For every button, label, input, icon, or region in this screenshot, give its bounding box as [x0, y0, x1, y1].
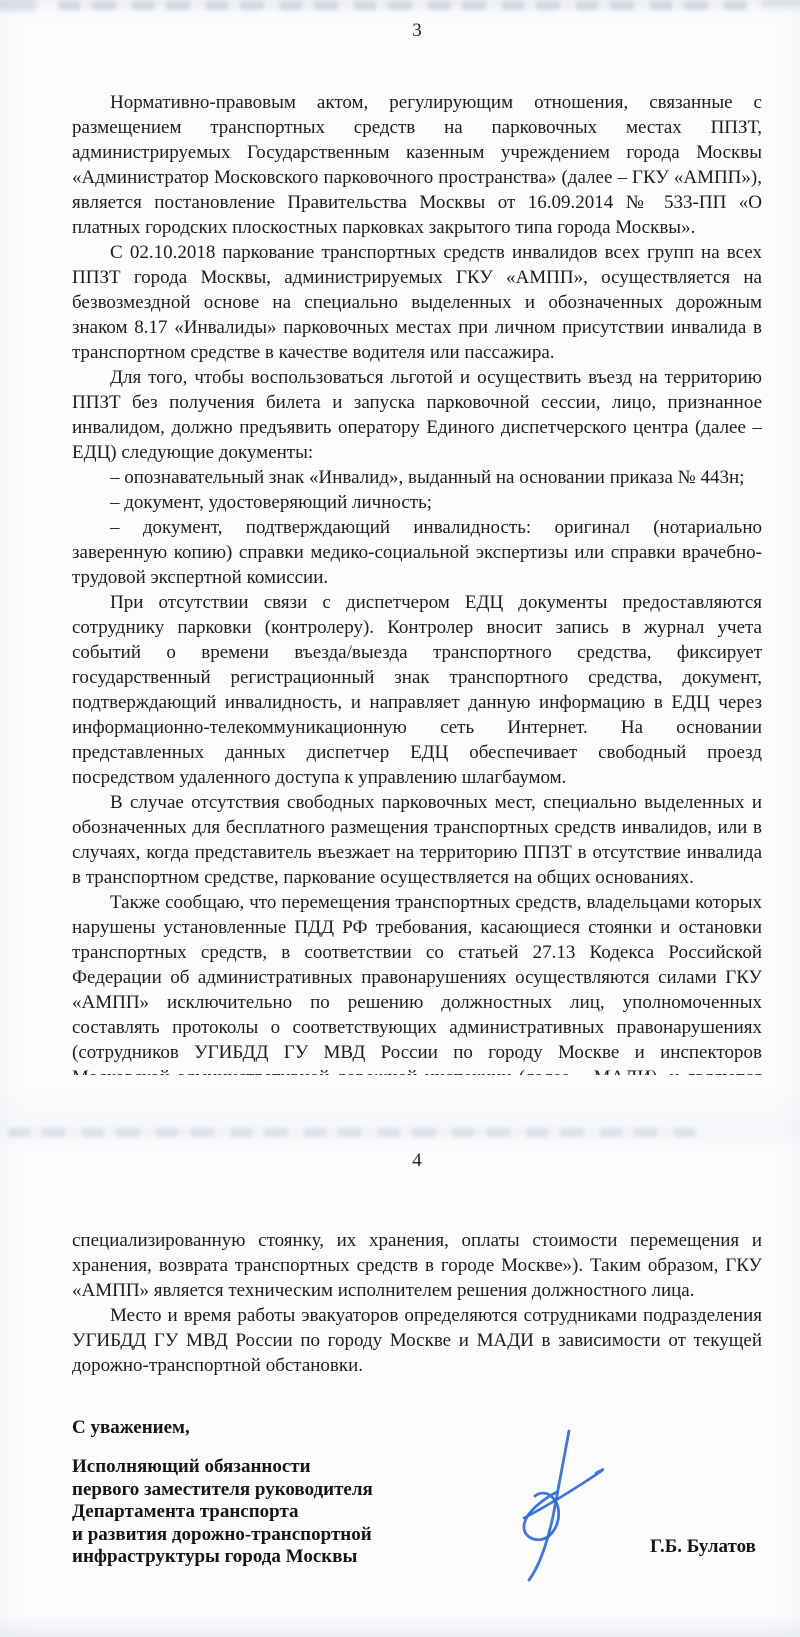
- signer-title-line: первого заместителя руководителя: [72, 1479, 492, 1502]
- signer-title-line: инфраструктуры города Москвы: [72, 1546, 492, 1569]
- paragraph: В случае отсутствия свободных парковочны…: [72, 790, 762, 890]
- scan-bleed-through-artifact: [58, 1, 750, 10]
- signer-title-line: и развития дорожно-транспортной: [72, 1524, 492, 1547]
- list-item-dash: – документ, удостоверяющий личность;: [72, 490, 762, 515]
- signer-title-block: Исполняющий обязанности первого заместит…: [72, 1456, 492, 1569]
- scan-bleed-through-artifact: [8, 1128, 696, 1137]
- paragraph: Также сообщаю, что перемещения транспорт…: [72, 890, 762, 1075]
- paragraph: Нормативно-правовым актом, регулирующим …: [72, 90, 762, 240]
- scan-artifact-corner: [0, 0, 36, 11]
- scanned-document: 3 Нормативно-правовым актом, регулирующи…: [0, 0, 800, 1637]
- closing-salutation: С уважением,: [72, 1416, 190, 1440]
- body-text-page-3: Нормативно-правовым актом, регулирующим …: [72, 90, 762, 1075]
- letter-page-3: 3 Нормативно-правовым актом, регулирующи…: [0, 0, 800, 1092]
- page-number: 3: [72, 20, 762, 42]
- letter-page-4: 4 специализированную стоянку, их хранени…: [0, 1092, 800, 1637]
- scan-artifact-corner: [762, 0, 800, 8]
- signer-title-line: Исполняющий обязанности: [72, 1456, 492, 1479]
- list-item-dash: – документ, подтверждающий инвалидность:…: [72, 515, 762, 590]
- signer-title-line: Департамента транспорта: [72, 1501, 492, 1524]
- body-text-page-4: специализированную стоянку, их хранения,…: [72, 1228, 762, 1388]
- paragraph: Для того, чтобы воспользоваться льготой …: [72, 365, 762, 465]
- paragraph: Место и время работы эвакуаторов определ…: [72, 1303, 762, 1378]
- page-number: 4: [72, 1150, 762, 1172]
- signatory-name: Г.Б. Булатов: [650, 1536, 756, 1558]
- paragraph: При отсутствии связи с диспетчером ЕДЦ д…: [72, 590, 762, 790]
- list-item-dash: – опознавательный знак «Инвалид», выданн…: [72, 465, 762, 490]
- paragraph: С 02.10.2018 паркование транспортных сре…: [72, 240, 762, 365]
- handwritten-signature: [503, 1422, 618, 1597]
- paragraph-continuation: специализированную стоянку, их хранения,…: [72, 1228, 762, 1303]
